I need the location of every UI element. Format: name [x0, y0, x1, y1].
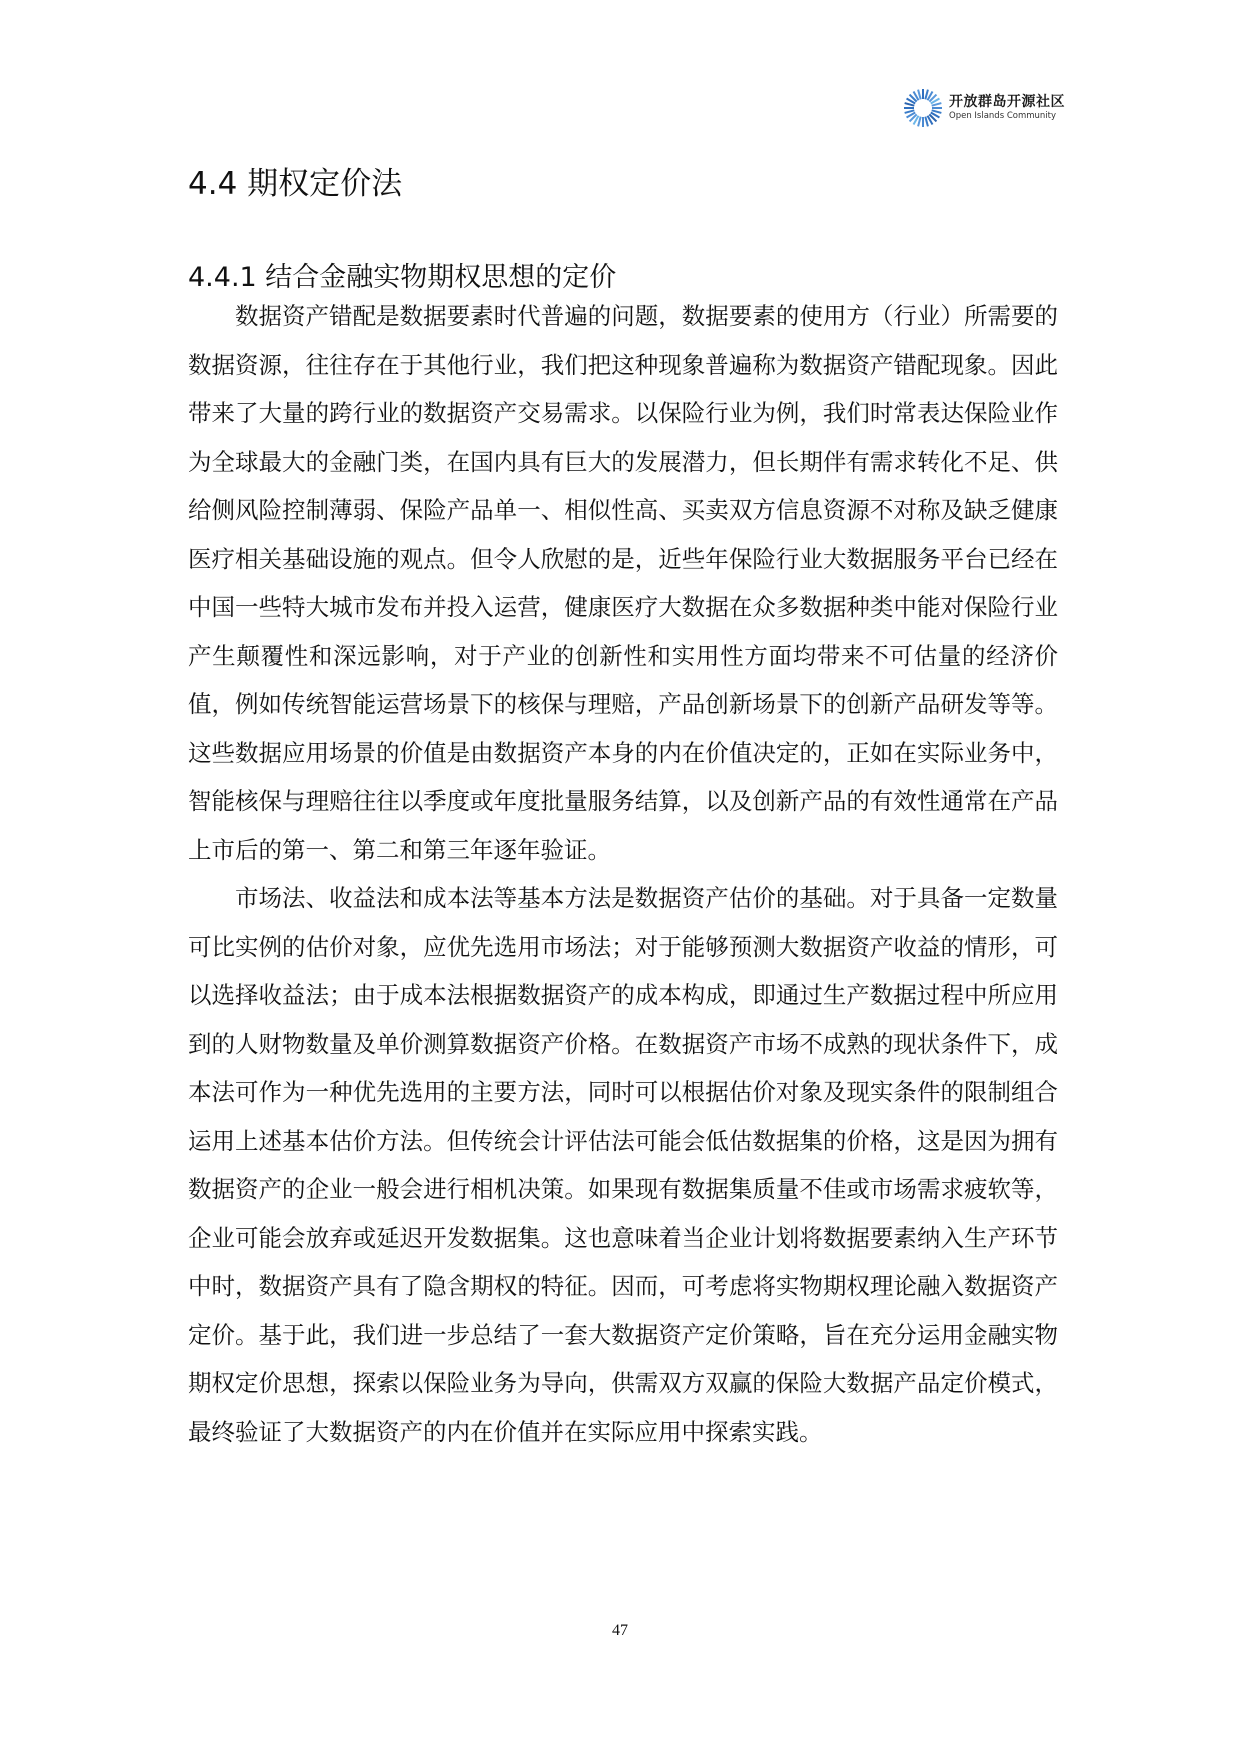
header-logo: 开放群岛开源社区 Open Islands Community: [903, 88, 1065, 128]
page-number: 47: [0, 1622, 1240, 1640]
logo-name-cn: 开放群岛开源社区: [949, 95, 1065, 109]
logo-name-en: Open Islands Community: [949, 112, 1065, 121]
sunburst-logo-icon: [903, 88, 943, 128]
body-text: 数据资产错配是数据要素时代普遍的问题，数据要素的使用方（行业）所需要的数据资源，…: [188, 292, 1058, 1456]
paragraph-1: 数据资产错配是数据要素时代普遍的问题，数据要素的使用方（行业）所需要的数据资源，…: [188, 292, 1058, 874]
section-title: 4.4 期权定价法: [188, 158, 402, 203]
logo-text: 开放群岛开源社区 Open Islands Community: [949, 95, 1065, 121]
paragraph-2: 市场法、收益法和成本法等基本方法是数据资产估价的基础。对于具备一定数量可比实例的…: [188, 874, 1058, 1456]
subsection-title: 4.4.1 结合金融实物期权思想的定价: [188, 255, 616, 294]
